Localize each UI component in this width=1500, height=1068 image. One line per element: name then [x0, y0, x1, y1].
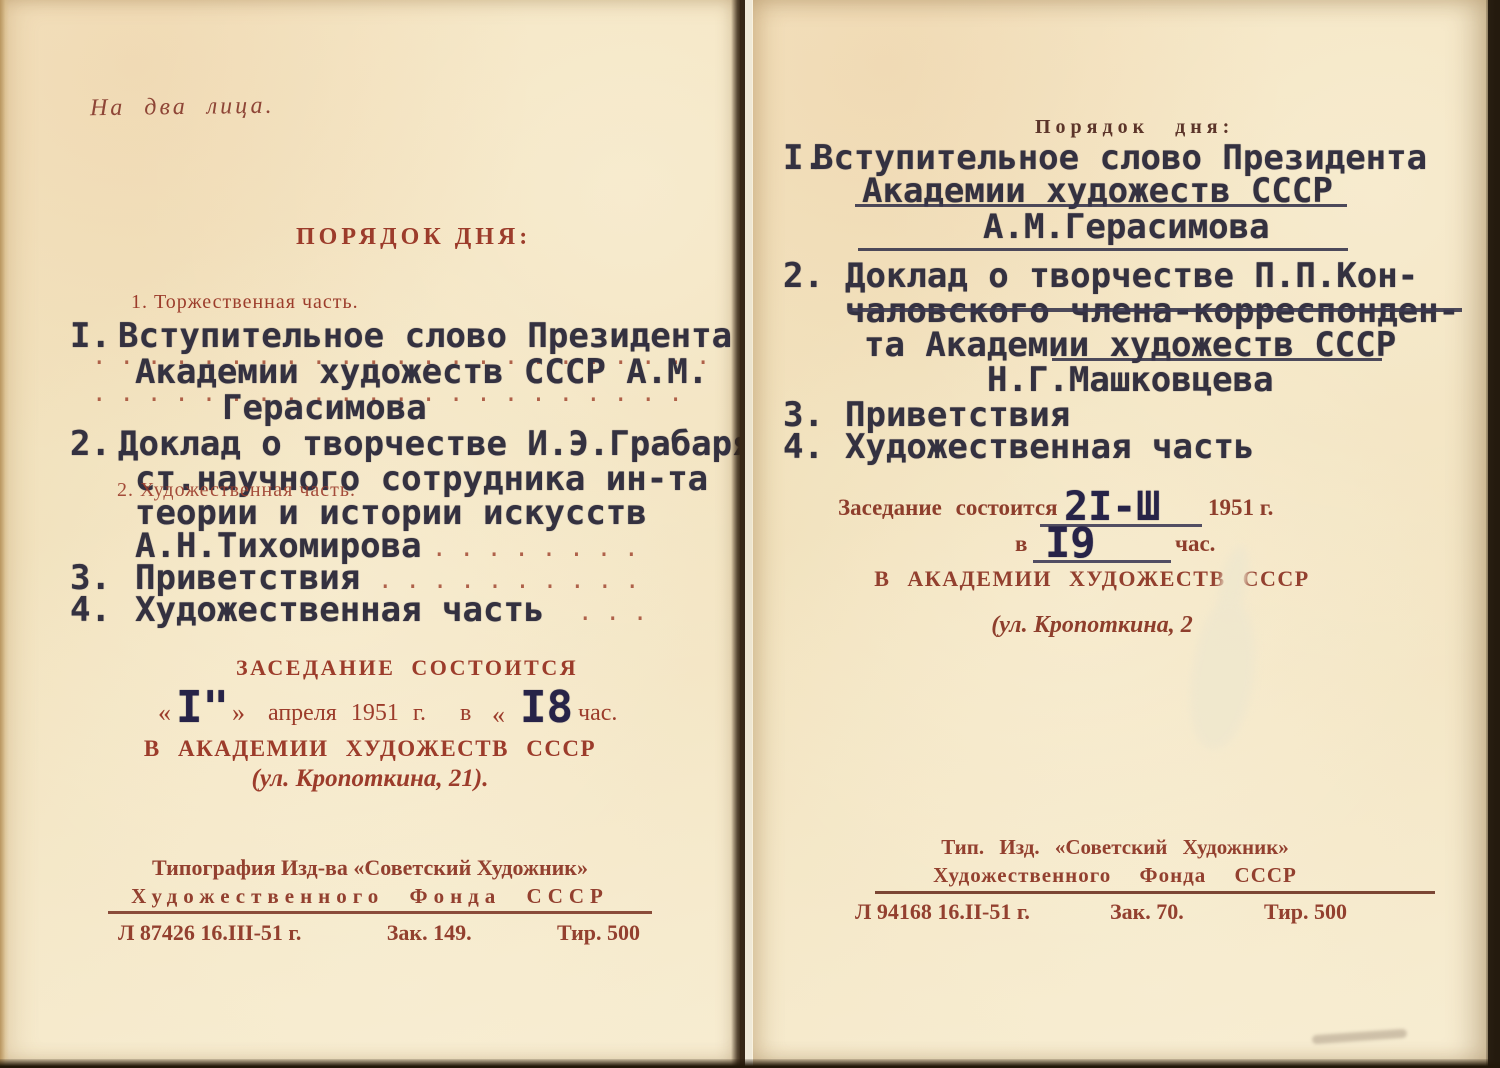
venue-line: В АКАДЕМИИ ХУДОЖЕСТВ СССР — [40, 736, 700, 762]
hour-label: час. — [1175, 531, 1215, 557]
item4-text: Художественная часть — [135, 593, 544, 627]
scan-bottom-edge — [0, 1059, 1500, 1068]
preposition-v: в — [460, 700, 471, 727]
address-line: (ул. Кропоткина, 21). — [40, 765, 700, 793]
dotted-leader-c: ........ — [432, 536, 652, 560]
imprint-line1: Тип. Изд. «Советский Художник» — [865, 835, 1365, 860]
underline-section — [858, 248, 1348, 251]
item2-number: 2. — [70, 427, 111, 461]
open-quote: « — [158, 698, 171, 728]
preposition-v: в — [1015, 531, 1027, 557]
imprint-order-number: Зак. 70. — [1110, 899, 1184, 925]
dotted-leader-e: ... — [578, 600, 660, 624]
imprint-line1: Типография Изд-ва «Советский Художник» — [40, 855, 700, 881]
imprint-line2: Художественного Фонда СССР — [865, 863, 1365, 888]
strikethrough-line — [848, 308, 1462, 312]
typed-hour: I8 — [520, 686, 573, 730]
item2-line1: Доклад о творчестве И.Э.Грабаря — [118, 427, 740, 461]
item2-line3: та Академии художеств СССР — [864, 328, 1396, 362]
imprint-rule — [108, 911, 652, 914]
pencil-smudge — [1312, 1029, 1407, 1045]
document-scan: На два лица. ПОРЯДОК ДНЯ: 1. Торжественн… — [0, 0, 1500, 1068]
agenda-heading-right: Порядок дня: — [1035, 116, 1234, 139]
hour-label: час. — [578, 700, 617, 727]
printed-part1-label: 1. Торжественная часть. — [131, 291, 359, 314]
imprint-permit-number: Л 87426 16.III-51 г. — [118, 920, 301, 946]
imprint-rule — [875, 891, 1435, 894]
item4-text: Художественная часть — [845, 430, 1254, 464]
torn-edge-sliver — [745, 0, 753, 1068]
item1-line3: Герасимова — [222, 391, 427, 425]
imprint-print-run: Тир. 500 — [557, 920, 640, 946]
item1-line3: А.М.Герасимова — [983, 210, 1270, 244]
session-label: Заседание состоится — [838, 495, 1058, 521]
session-heading: ЗАСЕДАНИЕ СОСТОИТСЯ — [236, 655, 578, 681]
open-quote-2: « — [492, 700, 505, 730]
handwritten-note: На два лица. — [90, 93, 275, 123]
agenda-heading: ПОРЯДОК ДНЯ: — [296, 224, 531, 251]
left-page: На два лица. ПОРЯДОК ДНЯ: 1. Торжественн… — [0, 0, 740, 1068]
item2-number: 2. — [783, 259, 824, 293]
year-label: 1951 г. — [1208, 495, 1273, 521]
imprint-numbers-row: Л 94168 16.II-51 г. Зак. 70. Тир. 500 — [855, 899, 1347, 925]
typed-day: I" — [176, 686, 229, 730]
imprint-order-number: Зак. 149. — [387, 920, 472, 946]
imprint-numbers-row: Л 87426 16.III-51 г. Зак. 149. Тир. 500 — [118, 920, 640, 946]
venue-line: В АКАДЕМИИ ХУДОЖЕСТВ СССР — [832, 566, 1352, 592]
date-month-year: апреля 1951 г. — [268, 700, 426, 727]
item1-line1: Вступительное слово Президента — [813, 141, 1427, 175]
imprint-permit-number: Л 94168 16.II-51 г. — [855, 899, 1030, 925]
item4-number: 4. — [70, 593, 111, 627]
right-page: Порядок дня: I. Вступительное слово През… — [752, 0, 1488, 1068]
close-quote: » — [232, 698, 245, 728]
imprint-print-run: Тир. 500 — [1264, 899, 1347, 925]
item2-line4: Н.Г.Машковцева — [987, 363, 1274, 397]
imprint-line2: Художественного Фонда СССР — [40, 884, 700, 909]
item4-number: 4. — [783, 430, 824, 464]
item2-line1: Доклад о творчестве П.П.Кон- — [845, 259, 1418, 293]
typed-hour: I9 — [1045, 522, 1096, 564]
dotted-leader-d: .......... — [378, 568, 653, 592]
scan-left-edge — [0, 0, 9, 1068]
item1-line2: Академии художеств СССР — [862, 174, 1333, 208]
scan-right-edge — [1486, 0, 1500, 1068]
item2-line3: теории и истории искусств — [135, 496, 647, 530]
